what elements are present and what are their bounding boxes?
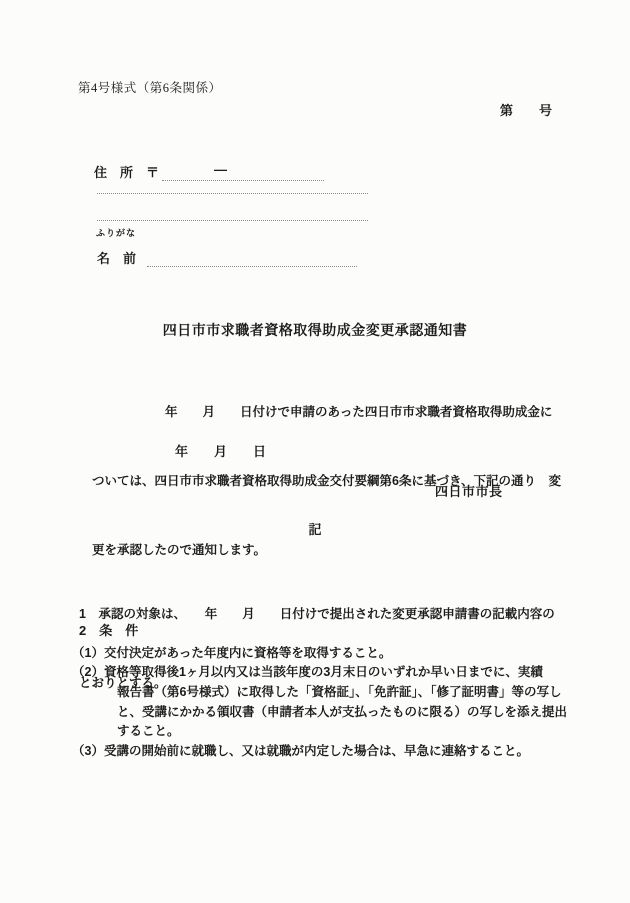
name-field [147,250,357,267]
conditions-heading: 2 条 件 [79,620,138,639]
document-title: 四日市市求職者資格取得助成金変更承認通知書 [0,320,630,340]
postal-code-field: — [162,164,324,181]
notification-document-page: 第4号様式（第6条関係） 第 号 住 所 〒 — ふりがな 名 前 四日市市求職… [0,0,630,903]
document-number-placeholder: 第 号 [500,100,552,119]
condition-3: （3）受講の開始前に就職し、又は就職が内定した場合は、早急に連絡すること。 [72,741,529,759]
address-line-field-2 [97,220,368,221]
address-line-field-1 [97,193,368,194]
postal-code-dash: — [214,162,227,177]
address-label: 住 所 [94,162,133,181]
postal-mark: 〒 [146,162,159,181]
condition-2-line-2: 報告書（第6号様式）に取得した「資格証」、「免許証」、「修了証明書」等の写し [117,682,561,700]
condition-2-line-3: と、受講にかかる領収書（申請者本人が支払ったものに限る）の写しを添え提出 [117,702,567,720]
form-style-label: 第4号様式（第6条関係） [78,78,222,96]
item-1-line-1: 1 承認の対象は、 年 月 日付けで提出された変更承認申請書の記載内容の [79,603,559,626]
issue-date-placeholder: 年 月 日 [175,441,266,460]
furigana-label: ふりがな [96,226,136,239]
sender-mayor-label: 四日市市長 [435,481,503,500]
name-row: 名 前 [97,248,357,267]
record-mark: 記 [0,519,630,538]
body-line-1: 年 月 日付けで申請のあった四日市市求職者資格取得助成金に [92,401,562,424]
condition-2-line-1: （2）資格等取得後1ヶ月以内又は当該年度の3月末日のいずれか早い日までに、実績 [72,662,543,680]
name-label: 名 前 [97,248,136,267]
condition-2-line-4: すること。 [117,721,180,739]
condition-1: （1）交付決定があった年度内に資格等を取得すること。 [72,643,391,661]
address-row: 住 所 〒 — [94,162,324,181]
